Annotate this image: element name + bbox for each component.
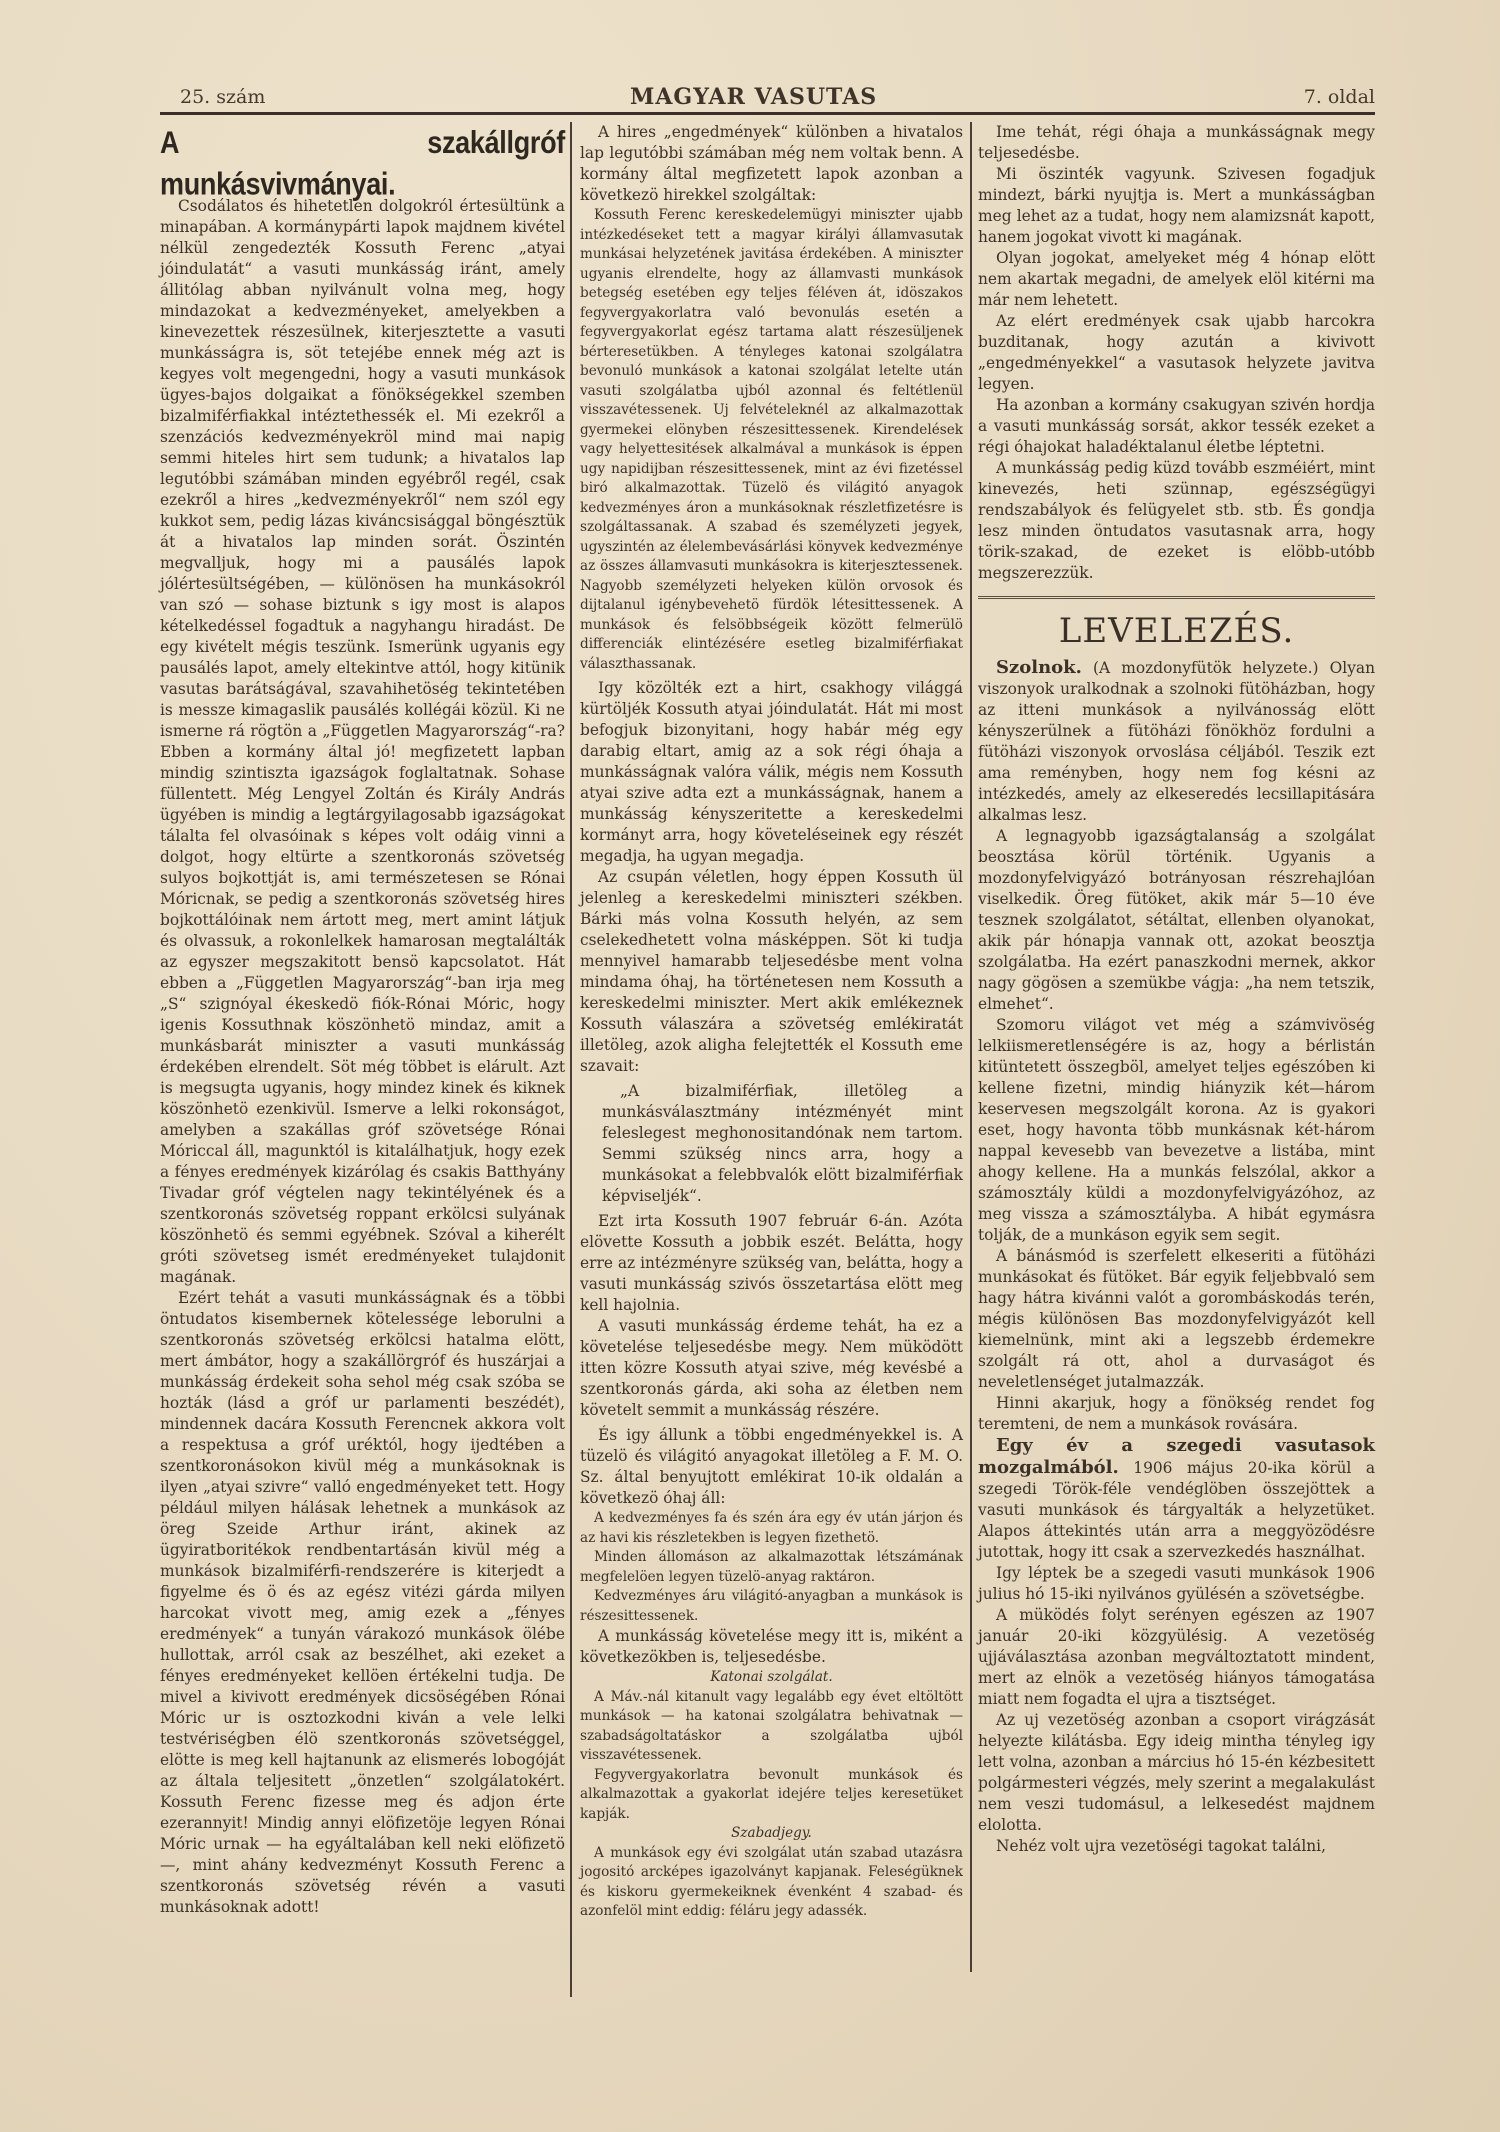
article-paragraph: Ezt irta Kossuth 1907 február 6-án. Azót… xyxy=(580,1211,963,1316)
page-header: 25. szám MAGYAR VASUTAS 7. oldal xyxy=(160,80,1375,114)
column-3: Ime tehát, régi óhaja a munkásságnak meg… xyxy=(978,122,1375,1857)
article-paragraph: Mi öszinték vagyunk. Szivesen fogadjuk m… xyxy=(978,164,1375,248)
letter-paragraph: A legnagyobb igazságtalanság a szolgálat… xyxy=(978,826,1375,1015)
header-rule xyxy=(160,112,1375,115)
memo-quote: A kedvezményes fa és szén ára egy év utá… xyxy=(580,1509,963,1626)
letter-paragraph: Szomoru világot vet még a számvivöség le… xyxy=(978,1015,1375,1246)
requirement-item: Fegyvergyakorlatra bevonult munkások és … xyxy=(580,1766,963,1825)
article-paragraph: És igy állunk a többi engedményekkel is.… xyxy=(580,1425,963,1509)
article-paragraph: Csodálatos és hihetetlen dolgokról értes… xyxy=(160,196,565,1288)
article-paragraph: A munkásság követelése megy itt is, miké… xyxy=(580,1626,963,1668)
section-title: LEVELEZÉS. xyxy=(978,609,1375,653)
letter-place: Szolnok. xyxy=(996,657,1082,678)
news-quote: Kossuth Ferenc kereskedelemügyi miniszte… xyxy=(580,206,963,674)
publication-title: MAGYAR VASUTAS xyxy=(630,84,877,110)
column-rule xyxy=(970,122,972,1972)
quote-text: „A bizalmiférfiak, illetöleg a munkásvál… xyxy=(602,1081,963,1207)
letter-paragraph: Szolnok. (A mozdonyfütök helyzete.) Olya… xyxy=(978,657,1375,826)
article-paragraph: Ha azonban a kormány csakugyan szivén ho… xyxy=(978,395,1375,458)
letter-paragraph: A bánásmód is szerfelett elkeseriti a fü… xyxy=(978,1246,1375,1393)
article-paragraph: Ezért tehát a vasuti munkásságnak és a t… xyxy=(160,1288,565,1918)
article-paragraph: Ime tehát, régi óhaja a munkásságnak meg… xyxy=(978,122,1375,164)
requirements: Katonai szolgálat. A Máv.-nál kitanult v… xyxy=(580,1668,963,1922)
article-paragraph: A vasuti munkásság érdeme tehát, ha ez a… xyxy=(580,1316,963,1421)
article-paragraph: Igy közölték ezt a hirt, csakhogy világg… xyxy=(580,678,963,867)
subheading: Katonai szolgálat. xyxy=(580,1668,963,1688)
article-paragraph: Az csupán véletlen, hogy éppen Kossuth ü… xyxy=(580,867,963,1077)
memo-item: Minden állomáson az alkalmazottak létszá… xyxy=(580,1548,963,1587)
article-paragraph: Olyan jogokat, amelyeket még 4 hónap elö… xyxy=(978,248,1375,311)
letter-paragraph: Egy év a szegedi vasutasok mozgalmából. … xyxy=(978,1435,1375,1563)
column-2: A hires „engedmények“ különben a hivatal… xyxy=(580,122,963,1922)
letter-paragraph: Nehéz volt ujra vezetöségi tagokat talál… xyxy=(978,1836,1375,1857)
requirement-item: A Máv.-nál kitanult vagy legalább egy év… xyxy=(580,1688,963,1766)
letter-paragraph: A müködés folyt serényen egészen az 1907… xyxy=(978,1605,1375,1710)
letter-paragraph: Hinni akarjuk, hogy a fönökség rendet fo… xyxy=(978,1393,1375,1435)
article-paragraph: A hires „engedmények“ különben a hivatal… xyxy=(580,122,963,206)
letter-paragraph: Igy léptek be a szegedi vasuti munkások … xyxy=(978,1563,1375,1605)
column-rule xyxy=(570,122,572,1997)
issue-number: 25. szám xyxy=(180,86,265,108)
kossuth-quote: „A bizalmiférfiak, illetöleg a munkásvál… xyxy=(580,1081,963,1207)
columns: A szakállgróf munkásvivmányai. Csodálato… xyxy=(160,122,1375,2082)
article-title: A szakállgróf munkásvivmányai. xyxy=(160,122,565,205)
subheading: Szabadjegy. xyxy=(580,1824,963,1844)
memo-item: A kedvezményes fa és szén ára egy év utá… xyxy=(580,1509,963,1548)
requirement-item: A munkások egy évi szolgálat után szabad… xyxy=(580,1844,963,1922)
memo-item: Kedvezményes áru világitó-anyagban a mun… xyxy=(580,1587,963,1626)
letter-paragraph: Az uj vezetöség azonban a csoport virágz… xyxy=(978,1710,1375,1836)
newspaper-page: 25. szám MAGYAR VASUTAS 7. oldal A szaká… xyxy=(160,80,1375,114)
page-number: 7. oldal xyxy=(1304,86,1375,108)
section-divider xyxy=(978,596,1375,601)
quoted-news: Kossuth Ferenc kereskedelemügyi miniszte… xyxy=(580,206,963,674)
column-1: A szakállgróf munkásvivmányai. Csodálato… xyxy=(160,122,565,1918)
article-paragraph: A munkásság pedig küzd tovább eszméiért,… xyxy=(978,458,1375,584)
article-paragraph: Az elért eredmények csak ujabb harcokra … xyxy=(978,311,1375,395)
